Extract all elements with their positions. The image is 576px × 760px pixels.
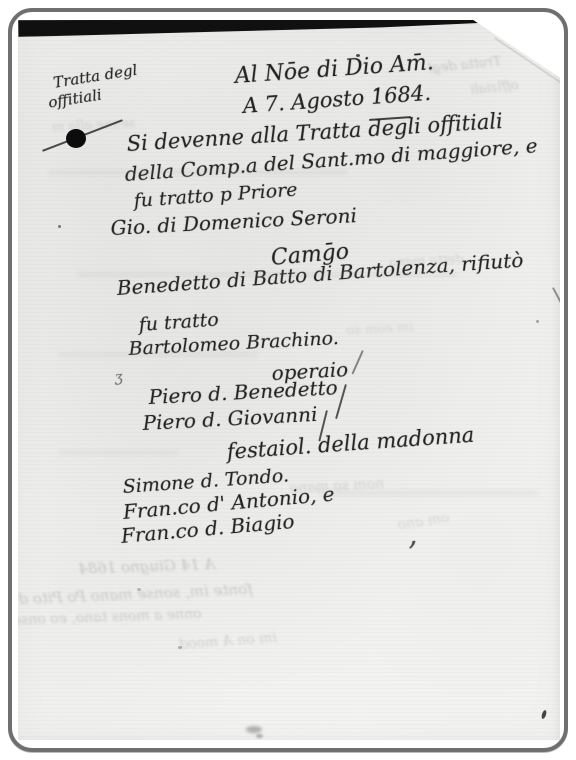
ink-comma-mark (541, 710, 548, 720)
smudge (256, 734, 263, 738)
line-fu-tratto: fu tratto (138, 308, 219, 336)
ghost-verso-line-1: fonte im, sonse mano Po Pito d ereosa (0, 580, 253, 611)
ink-layer: Tratta degloffitialiAl Nōe di Dio Am̄.A … (18, 20, 560, 740)
speck (356, 54, 360, 57)
faded-streak-4 (318, 490, 538, 496)
speck (137, 588, 141, 591)
speck (58, 225, 61, 228)
ghost-top-right-2: offiziali (470, 78, 520, 98)
speck (561, 148, 564, 151)
ghost-top-right-1: Tratta degl (427, 54, 502, 77)
manuscript-page: Tratta degloffitialiAl Nōe di Dio Am̄.A … (18, 20, 560, 740)
office-festaioli: festaiol. della madonna (226, 423, 475, 464)
ghost-left-1: senne alla m (52, 116, 136, 135)
faded-streak-5 (58, 450, 178, 455)
ink-blot (66, 129, 86, 148)
ghost-mid-2: im eom so (346, 320, 414, 338)
smudge (246, 726, 262, 733)
speck (178, 646, 182, 649)
ghost-verso-date: A 14 Giugno 1684 (78, 555, 216, 578)
ghost-verso-line-3: im on A mood (179, 630, 278, 653)
faded-streak-1 (48, 170, 348, 175)
swash-rifiuto (552, 287, 567, 313)
ghost-names-right-2: om ano (397, 510, 451, 533)
document-scan: Tratta degloffitialiAl Nōe di Dio Am̄.A … (0, 0, 576, 760)
ghost-verso-line-2: onne a mons tano, eo onse (13, 606, 202, 629)
faded-streak-2 (78, 272, 458, 277)
speck (536, 320, 539, 323)
speck (375, 88, 378, 91)
squiggle-mark: ʒ (114, 369, 123, 386)
faded-streak-3 (58, 352, 258, 357)
operaio-curl (351, 350, 363, 375)
